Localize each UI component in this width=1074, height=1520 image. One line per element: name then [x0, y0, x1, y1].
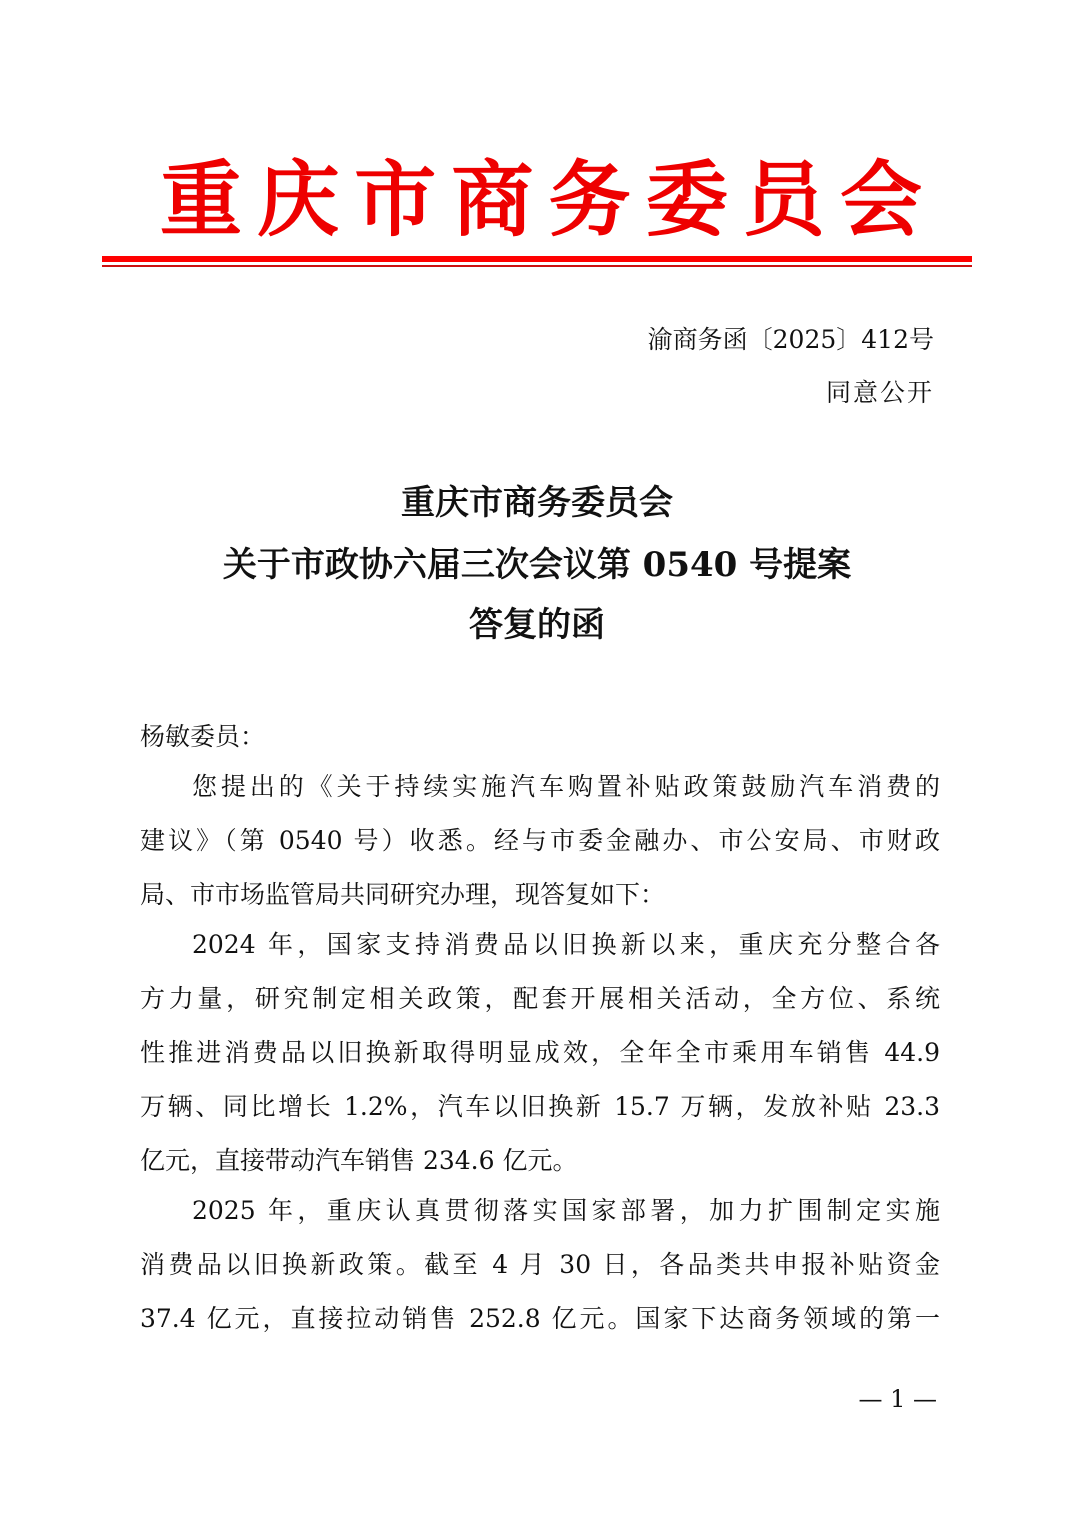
masthead-char: 庆	[257, 159, 339, 241]
body-line: 37.4 亿元，直接拉动销售 252.8 亿元。国家下达商务领域的第一	[140, 1304, 940, 1334]
page-number: — 1 —	[858, 1385, 937, 1413]
disclosure-status: 同意公开	[826, 378, 934, 408]
document-number: 渝商务函〔2025〕412号	[648, 325, 934, 355]
body-line: 消费品以旧换新政策。截至 4 月 30 日，各品类共申报补贴资金	[140, 1250, 940, 1280]
masthead-char: 市	[354, 159, 436, 241]
masthead-char: 会	[840, 159, 922, 241]
body-line: 2024 年，国家支持消费品以旧换新以来，重庆充分整合各	[192, 930, 940, 960]
body-line: 方力量，研究制定相关政策，配套开展相关活动，全方位、系统	[140, 984, 940, 1014]
body-line: 万辆、同比增长 1.2%，汽车以旧换新 15.7 万辆，发放补贴 23.3	[140, 1092, 940, 1122]
body-line: 性推进消费品以旧换新取得明显成效，全年全市乘用车销售 44.9	[140, 1038, 940, 1068]
salutation: 杨敏委员：	[140, 722, 940, 752]
red-rule-thick	[102, 256, 972, 262]
body-line: 您提出的《关于持续实施汽车购置补贴政策鼓励汽车消费的	[192, 772, 940, 802]
body-line: 局、市市场监管局共同研究办理，现答复如下：	[140, 880, 940, 910]
masthead-char: 委	[646, 159, 728, 241]
body-line: 亿元，直接带动汽车销售 234.6 亿元。	[140, 1146, 940, 1176]
masthead-char: 员	[743, 159, 825, 241]
masthead-char: 务	[549, 159, 631, 241]
title-line-3: 答复的函	[0, 605, 1074, 646]
body-line: 建议》（第 0540 号）收悉。经与市委金融办、市公安局、市财政	[140, 826, 940, 856]
masthead: 重 庆 市 商 务 委 员 会	[100, 150, 980, 250]
title-line-1: 重庆市商务委员会	[0, 483, 1074, 524]
red-rule-thin	[102, 265, 972, 267]
body-line: 2025 年，重庆认真贯彻落实国家部署，加力扩围制定实施	[192, 1196, 940, 1226]
masthead-char: 重	[160, 159, 242, 241]
title-line-2: 关于市政协六届三次会议第 0540 号提案	[0, 545, 1074, 586]
masthead-char: 商	[451, 159, 533, 241]
